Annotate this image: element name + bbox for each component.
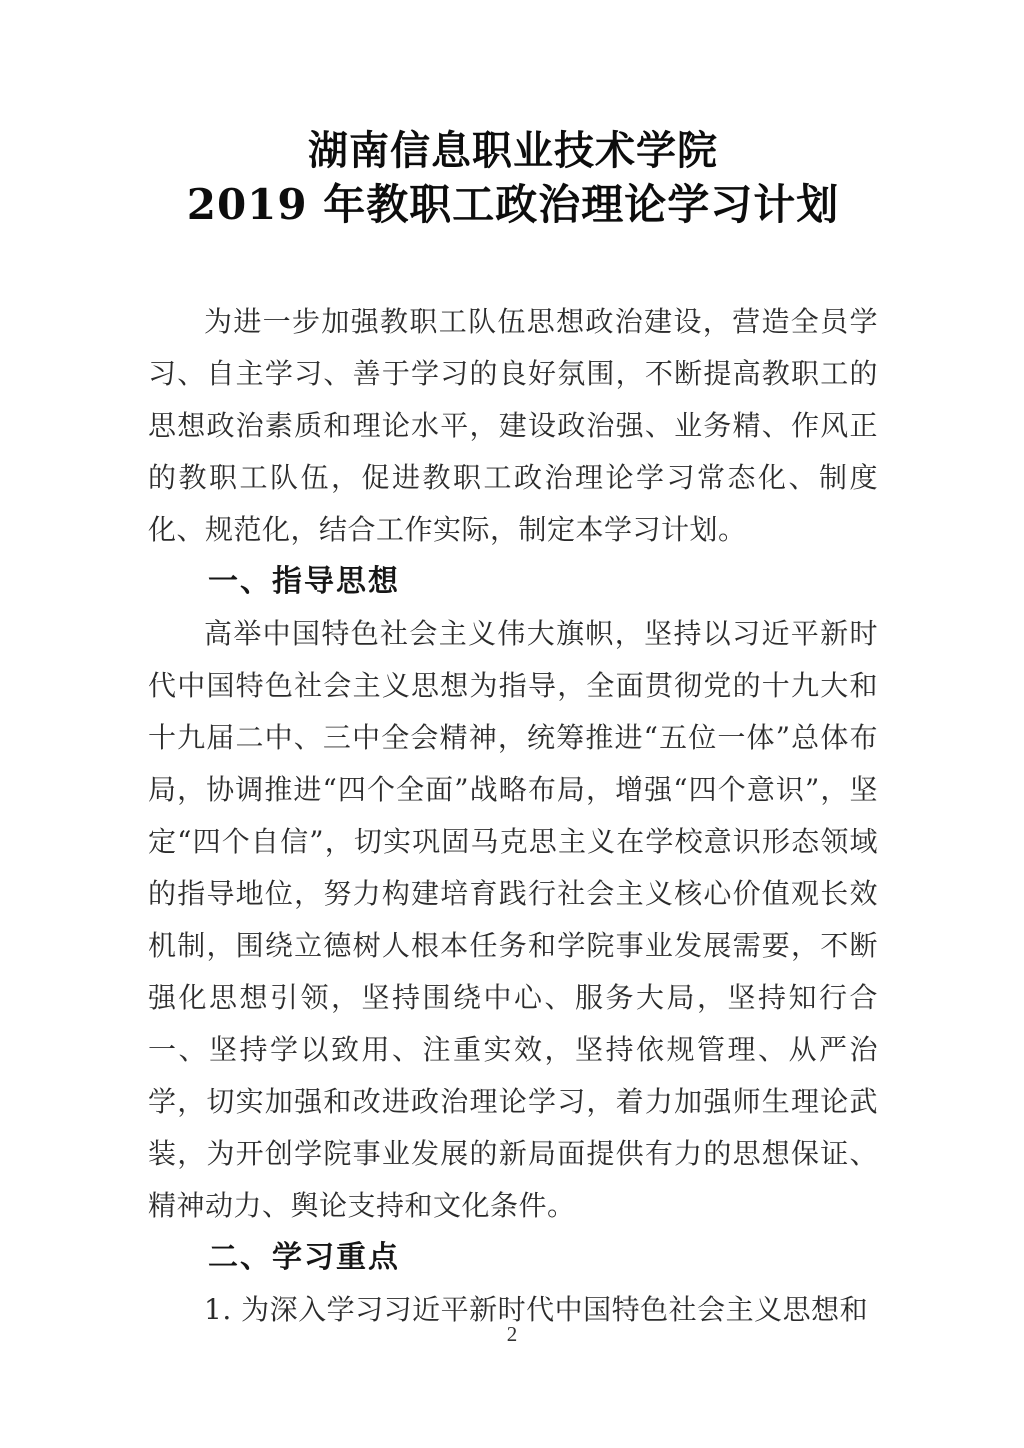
section-1-heading: 一、指导思想 [148,556,878,608]
section-2-heading: 二、学习重点 [148,1232,878,1284]
page-number: 2 [0,1322,1024,1347]
document-content: 湖南信息职业技术学院 2019 年教职工政治理论学习计划 为进一步加强教职工队伍… [0,0,1024,1336]
section-1-paragraph: 高举中国特色社会主义伟大旗帜，坚持以习近平新时代中国特色社会主义思想为指导，全面… [148,608,878,1232]
document-title-line-1: 湖南信息职业技术学院 [148,124,878,178]
document-title-line-2: 2019 年教职工政治理论学习计划 [148,178,878,232]
intro-paragraph: 为进一步加强教职工队伍思想政治建设，营造全员学习、自主学习、善于学习的良好氛围，… [148,296,878,556]
document-page: 湖南信息职业技术学院 2019 年教职工政治理论学习计划 为进一步加强教职工队伍… [0,0,1024,1448]
